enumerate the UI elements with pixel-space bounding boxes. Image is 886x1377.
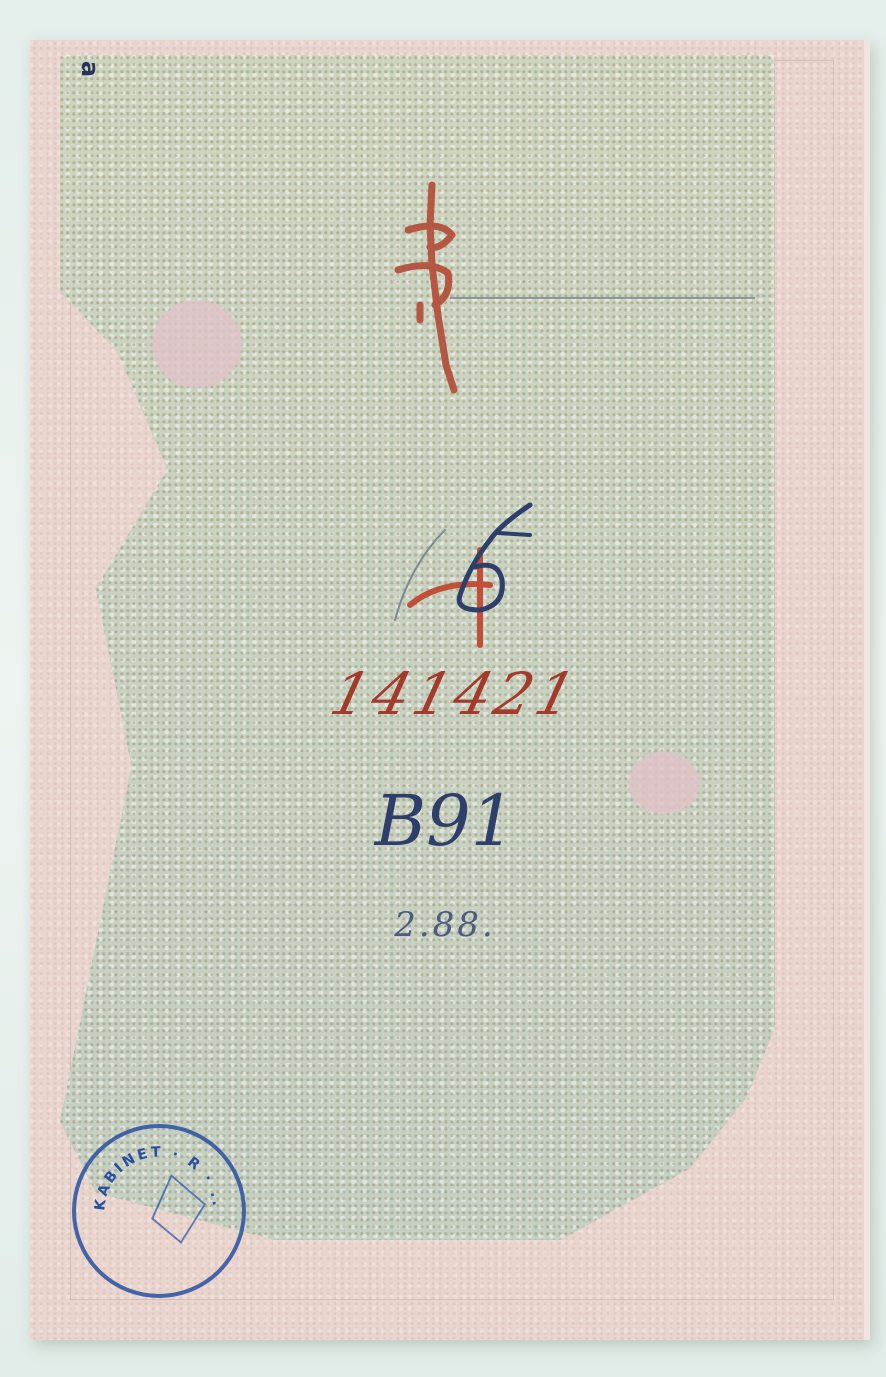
svg-text:KABINET · R · ...: KABINET · R · ...	[76, 1128, 225, 1212]
collection-stamp: KABINET · R · ...	[72, 1124, 246, 1298]
pink-stain	[152, 300, 242, 388]
stamp-emblem-icon: KABINET · R · ...	[76, 1128, 242, 1294]
stamp-text: KABINET · R · ...	[76, 1128, 225, 1212]
shelf-mark: B91	[360, 780, 530, 862]
blue-red-monogram-icon	[380, 495, 550, 665]
sub-mark: 2.88.	[370, 905, 520, 945]
pencil-line	[450, 297, 755, 299]
inventory-number: 141421	[322, 660, 589, 728]
red-monogram-icon	[380, 175, 480, 405]
pink-stain	[628, 752, 700, 814]
corner-mark: a	[76, 61, 104, 77]
